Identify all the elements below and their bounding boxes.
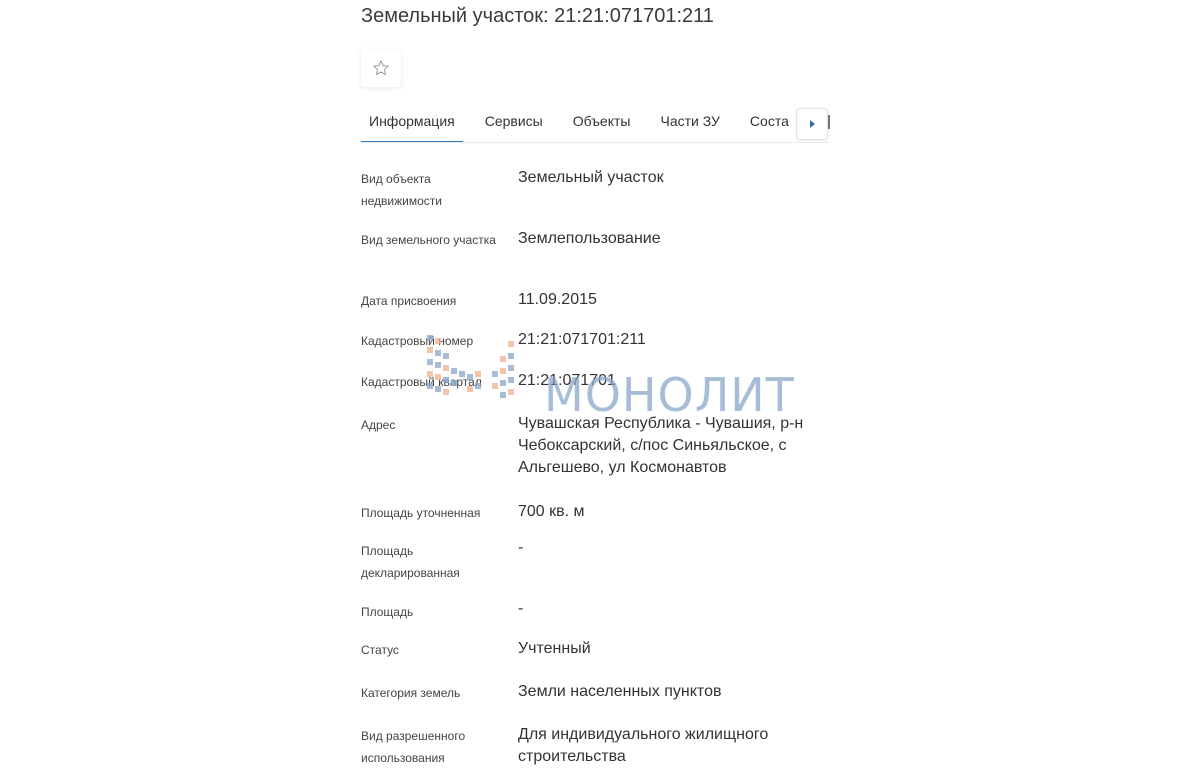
tabs-scroll-next-button[interactable]: [796, 108, 828, 140]
info-label: Площадь декларированная: [361, 540, 481, 584]
info-value: Земли населенных пунктов: [518, 681, 818, 703]
tab-objects[interactable]: Объекты: [565, 106, 639, 142]
info-label: Статус: [361, 639, 501, 661]
info-label: Площадь уточненная: [361, 502, 501, 524]
tab-parts[interactable]: Части ЗУ: [652, 106, 727, 142]
info-value: -: [518, 537, 818, 559]
tab-information[interactable]: Информация: [361, 106, 463, 142]
info-value: 21:21:071701:211: [518, 329, 818, 351]
tab-services[interactable]: Сервисы: [477, 106, 551, 142]
info-value: Чувашская Республика - Чувашия, р-н Чебо…: [518, 413, 818, 479]
info-value: Землепользование: [518, 228, 818, 250]
triangle-right-icon: [810, 120, 815, 128]
info-value: Земельный участок: [518, 167, 818, 189]
info-value: 21:21:071701: [518, 370, 818, 392]
info-value: Для индивидуального жилищного строительс…: [518, 724, 808, 768]
info-label: Кадастровый номер: [361, 330, 501, 352]
star-outline-icon: [372, 59, 390, 77]
info-value: 700 кв. м: [518, 501, 818, 523]
info-value: 11.09.2015: [518, 289, 818, 311]
favorite-button[interactable]: [361, 49, 401, 87]
info-label: Вид объекта недвижимости: [361, 168, 501, 212]
info-label: Категория земель: [361, 682, 501, 704]
info-label: Вид разрешенного использования: [361, 725, 486, 769]
info-value: Учтенный: [518, 638, 818, 660]
tab-overflow-edge: [828, 115, 830, 129]
tab-bar: ИнформацияСервисыОбъектыЧасти ЗУСоста: [361, 106, 829, 143]
tab-composition[interactable]: Соста: [742, 106, 797, 142]
info-label: Площадь: [361, 601, 501, 623]
page-title: Земельный участок: 21:21:071701:211: [361, 5, 714, 28]
info-value: -: [518, 598, 818, 620]
info-label: Вид земельного участка: [361, 229, 501, 251]
info-label: Дата присвоения: [361, 290, 501, 312]
info-label: Адрес: [361, 414, 501, 436]
info-label: Кадастровый квартал: [361, 371, 501, 393]
